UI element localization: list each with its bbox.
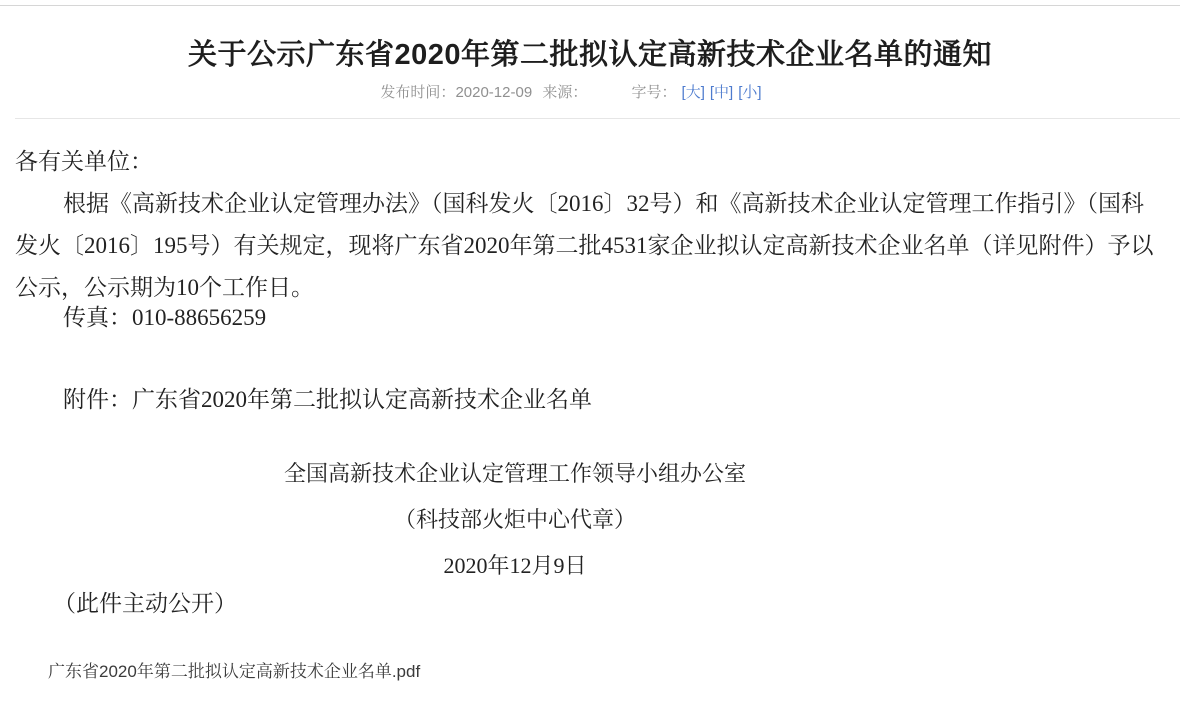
top-divider (0, 5, 1180, 6)
notice-body: 各有关单位： 根据《高新技术企业认定管理办法》（国科发火〔2016〕32号）和《… (15, 141, 1165, 683)
signature-block: 全国高新技术企业认定管理工作领导小组办公室 （科技部火炬中心代章） 2020年1… (15, 451, 1015, 589)
font-size-small-button[interactable]: [小] (738, 84, 761, 101)
attachment-reference-line: 附件：广东省2020年第二批拟认定高新技术企业名单 (15, 379, 1165, 421)
notice-page: 关于公示广东省2020年第二批拟认定高新技术企业名单的通知 发布时间：2020-… (0, 5, 1180, 683)
meta-bar: 发布时间：2020-12-09 来源： 字号：[大][中][小] (0, 84, 1161, 102)
signer-organization: 全国高新技术企业认定管理工作领导小组办公室 (15, 451, 1015, 497)
font-size-label: 字号： (632, 84, 677, 101)
attachment-pdf-link[interactable]: 广东省2020年第二批拟认定高新技术企业名单.pdf (48, 662, 420, 681)
source-label: 来源： (542, 84, 587, 101)
font-size-large-button[interactable]: [大] (682, 84, 705, 101)
signer-seal-note: （科技部火炬中心代章） (15, 497, 1015, 543)
notice-header: 关于公示广东省2020年第二批拟认定高新技术企业名单的通知 发布时间：2020-… (0, 37, 1180, 102)
disclosure-note: （此件主动公开） (15, 583, 1165, 625)
attachment-section: 广东省2020年第二批拟认定高新技术企业名单.pdf (48, 661, 1165, 683)
publish-time-label: 发布时间： (380, 84, 455, 101)
notice-paragraph: 根据《高新技术企业认定管理办法》（国科发火〔2016〕32号）和《高新技术企业认… (15, 183, 1165, 309)
publish-date: 2020-12-09 (455, 84, 532, 101)
header-divider (15, 118, 1180, 119)
fax-line: 传真：010-88656259 (15, 297, 1165, 339)
salutation: 各有关单位： (15, 141, 1165, 183)
page-title: 关于公示广东省2020年第二批拟认定高新技术企业名单的通知 (20, 37, 1160, 73)
font-size-medium-button[interactable]: [中] (710, 84, 733, 101)
